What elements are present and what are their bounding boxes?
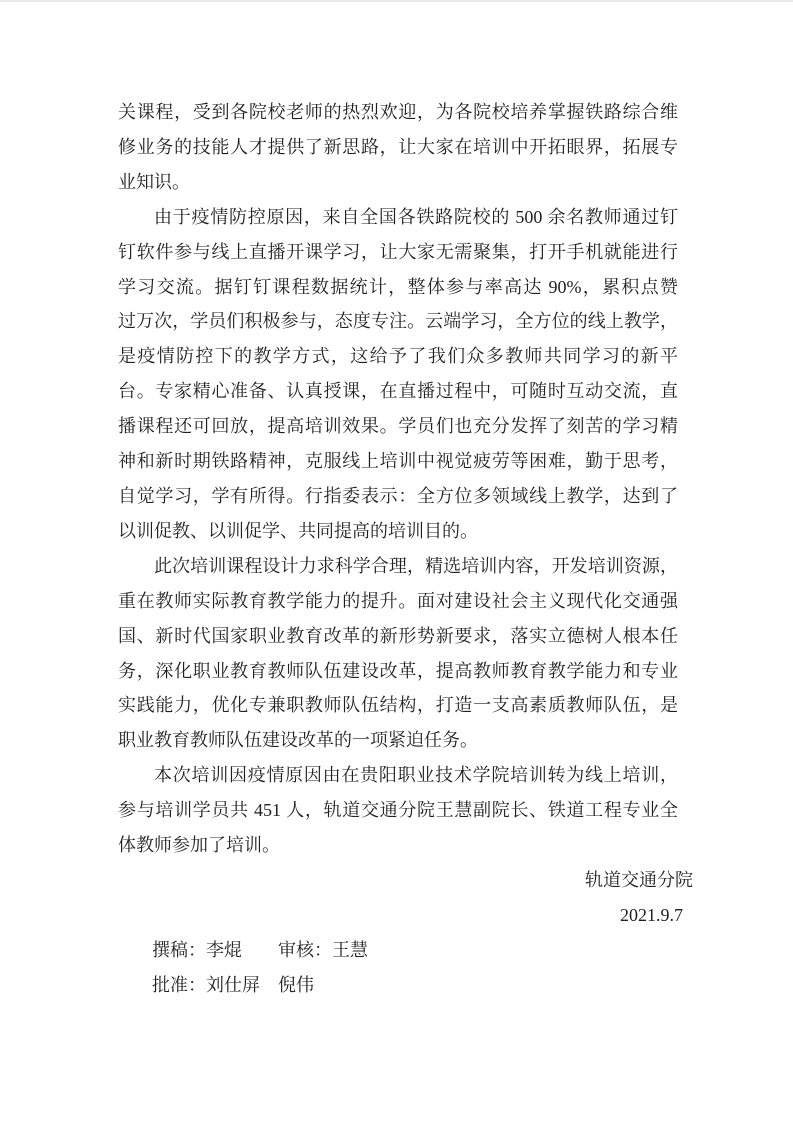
text-line: 自觉学习，学有所得。行指委表示：全方位多领域线上教学，达到了 [118,479,678,514]
text-line: 本次培训因疫情原因由在贵阳职业技术学院培训转为线上培训， [118,758,678,793]
text-line: 业知识。 [118,165,678,200]
text-line: 关课程，受到各院校老师的热烈欢迎，为各院校培养掌握铁路综合维 [118,95,678,130]
signature-drafter-reviewer: 撰稿：李焜 审核：王慧 [118,933,678,968]
text-line: 务，深化职业教育教师队伍建设改革，提高教师教育教学能力和专业 [118,654,678,689]
text-line: 钉软件参与线上直播开课学习，让大家无需聚集，打开手机就能进行 [118,235,678,270]
signature-approver: 批准：刘仕屏 倪伟 [118,968,678,1003]
body-paragraph: 此次培训课程设计力求科学合理，精选培训内容，开发培训资源，重在教师实际教育教学能… [118,549,678,758]
document-body: 关课程，受到各院校老师的热烈欢迎，为各院校培养掌握铁路综合维修业务的技能人才提供… [118,95,678,863]
text-line: 是疫情防控下的教学方式，这给予了我们众多教师共同学习的新平 [118,339,678,374]
signature-organization: 轨道交通分院 [118,863,693,898]
text-line: 播课程还可回放，提高培训效果。学员们也充分发挥了刻苦的学习精 [118,409,678,444]
body-paragraph: 关课程，受到各院校老师的热烈欢迎，为各院校培养掌握铁路综合维修业务的技能人才提供… [118,95,678,200]
text-line: 国、新时代国家职业教育改革的新形势新要求，落实立德树人根本任 [118,619,678,654]
body-paragraph: 本次培训因疫情原因由在贵阳职业技术学院培训转为线上培训，参与培训学员共 451 … [118,758,678,863]
text-line: 台。专家精心准备、认真授课，在直播过程中，可随时互动交流，直 [118,374,678,409]
text-line: 由于疫情防控原因，来自全国各铁路院校的 500 余名教师通过钉 [118,200,678,235]
scan-top-edge [0,0,793,2]
signature-date: 2021.9.7 [118,898,683,933]
text-line: 神和新时期铁路精神，克服线上培训中视觉疲劳等困难，勤于思考， [118,444,678,479]
signature-block: 轨道交通分院 2021.9.7 撰稿：李焜 审核：王慧 批准：刘仕屏 倪伟 [118,863,678,1003]
document-page: 关课程，受到各院校老师的热烈欢迎，为各院校培养掌握铁路综合维修业务的技能人才提供… [0,0,793,1122]
text-line: 职业教育教师队伍建设改革的一项紧迫任务。 [118,723,678,758]
text-line: 以训促教、以训促学、共同提高的培训目的。 [118,514,678,549]
text-line: 体教师参加了培训。 [118,828,678,863]
text-line: 重在教师实际教育教学能力的提升。面对建设社会主义现代化交通强 [118,584,678,619]
body-paragraph: 由于疫情防控原因，来自全国各铁路院校的 500 余名教师通过钉钉软件参与线上直播… [118,200,678,549]
text-line: 此次培训课程设计力求科学合理，精选培训内容，开发培训资源， [118,549,678,584]
text-line: 实践能力，优化专兼职教师队伍结构，打造一支高素质教师队伍，是 [118,688,678,723]
text-line: 参与培训学员共 451 人，轨道交通分院王慧副院长、铁道工程专业全 [118,793,678,828]
text-line: 过万次，学员们积极参与，态度专注。云端学习，全方位的线上教学， [118,304,678,339]
text-line: 学习交流。据钉钉课程数据统计，整体参与率高达 90%，累积点赞 [118,270,678,305]
text-line: 修业务的技能人才提供了新思路，让大家在培训中开拓眼界，拓展专 [118,130,678,165]
